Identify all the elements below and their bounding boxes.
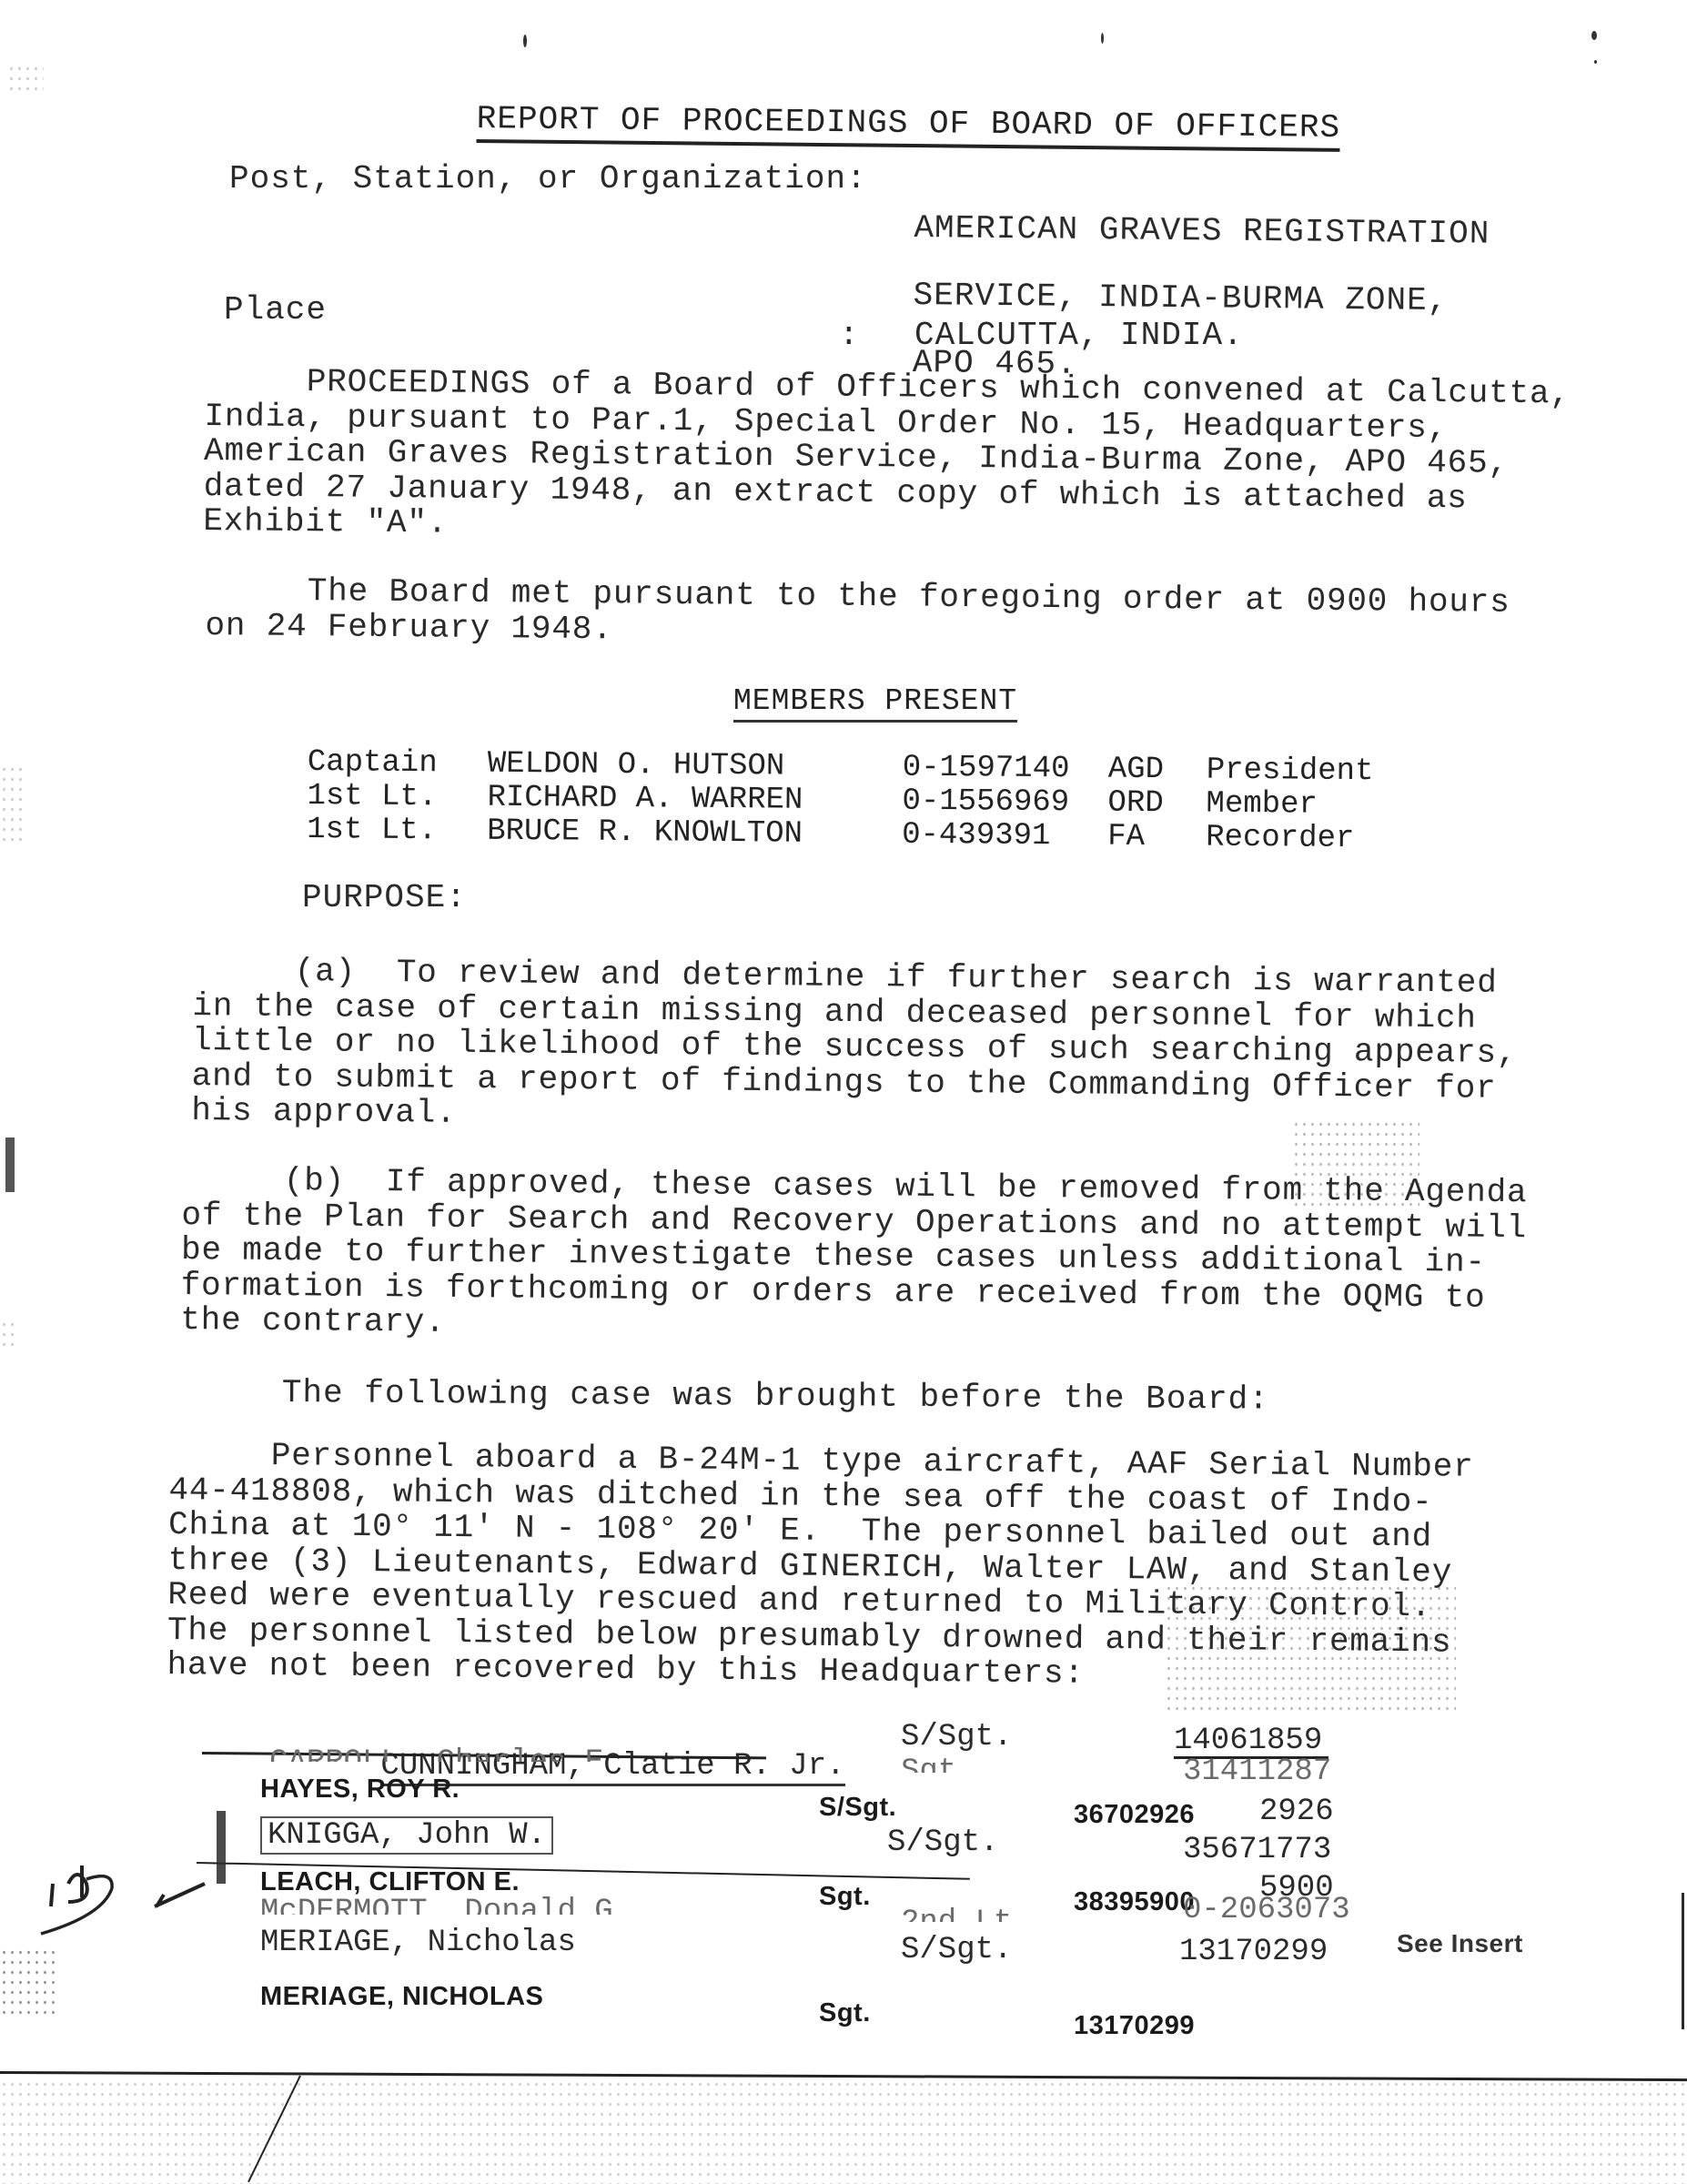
roster-name: CARROLL, Charles E. xyxy=(269,1745,622,1762)
scan-noise xyxy=(7,64,44,91)
roster-grade: Sgt. xyxy=(819,1998,871,2028)
roster-grade: S/Sgt. xyxy=(901,1720,1012,1754)
roster-serial: 0-2063073 xyxy=(1183,1893,1350,1927)
purpose-item-a: (a) To review and determine if further s… xyxy=(191,954,1518,1141)
member-branch: FA xyxy=(1107,821,1206,855)
scan-edge-mark xyxy=(5,1137,15,1192)
scan-noise xyxy=(0,1947,55,2020)
member-serial: 0-439391 xyxy=(902,819,1107,854)
member-rank: Captain xyxy=(308,746,488,782)
member-serial: 0-1556969 xyxy=(902,785,1107,821)
member-rank: 1st Lt. xyxy=(307,780,487,815)
member-rank: 1st Lt. xyxy=(307,814,487,849)
case-intro: The following case was brought before th… xyxy=(282,1376,1269,1418)
roster-name: MERIAGE, Nicholas xyxy=(260,1926,576,1960)
document-title: REPORT OF PROCEEDINGS OF BOARD OF OFFICE… xyxy=(477,100,1341,152)
scan-noise xyxy=(0,764,27,846)
scan-noise xyxy=(0,2079,1687,2184)
organization-line: SERVICE, INDIA-BURMA ZONE, xyxy=(913,278,1489,319)
roster-grade: S/Sgt. xyxy=(819,1793,896,1823)
scan-noise xyxy=(1165,1583,1456,1711)
roster-name: MERIAGE, NICHOLAS xyxy=(260,1982,543,2012)
page-edge xyxy=(1682,1893,1684,2029)
scan-speck xyxy=(1594,60,1597,64)
see-insert-note: See Insert xyxy=(1397,1929,1523,1958)
margin-bracket-mark xyxy=(217,1811,226,1884)
purpose-heading: PURPOSE: xyxy=(302,881,467,915)
member-name: RICHARD A. WARREN xyxy=(487,782,902,819)
scan-speck xyxy=(523,35,527,47)
roster-grade: S/Sgt. xyxy=(887,1825,998,1860)
roster-serial: 31411287 xyxy=(1183,1754,1331,1789)
member-serial: 0-1597140 xyxy=(903,752,1108,787)
post-station-label: Post, Station, or Organization: xyxy=(229,162,867,197)
members-present-heading: MEMBERS PRESENT xyxy=(733,684,1017,723)
roster-serial: 14061859 xyxy=(1174,1724,1322,1758)
roster-serial: 13170299 xyxy=(1074,2011,1195,2041)
member-name: BRUCE R. KNOWLTON xyxy=(487,815,902,853)
proceedings-paragraph: PROCEEDINGS of a Board of Officers which… xyxy=(203,364,1571,552)
place-value: CALCUTTA, INDIA. xyxy=(914,318,1244,353)
member-role: Recorder xyxy=(1206,822,1406,857)
roster-serial-overlay: 2926 xyxy=(1259,1795,1334,1829)
roster-grade: Sgt. xyxy=(819,1882,871,1912)
member-branch: AGD xyxy=(1108,753,1207,788)
roster-grade: 2nd Lt. xyxy=(901,1906,1031,1922)
scan-noise xyxy=(1292,1119,1419,1210)
roster-grade: Sgt. xyxy=(901,1754,975,1773)
member-branch: ORD xyxy=(1107,787,1206,822)
place-separator: : xyxy=(839,318,860,353)
roster-serial: 38395900 xyxy=(1074,1887,1195,1917)
roster-serial: 13170299 xyxy=(1179,1935,1328,1969)
member-name: WELDON O. HUTSON xyxy=(488,748,903,785)
roster-serial: 36702926 xyxy=(1074,1800,1195,1830)
member-role: Member xyxy=(1206,788,1406,824)
member-role: President xyxy=(1207,754,1407,790)
document-page: REPORT OF PROCEEDINGS OF BOARD OF OFFICE… xyxy=(0,0,1687,2184)
roster-name: KNIGGA, John W. xyxy=(260,1816,553,1855)
scan-noise xyxy=(0,1319,18,1347)
roster-name: McDERMOTT, Donald G. xyxy=(260,1895,631,1915)
place-label: Place xyxy=(224,293,327,328)
roster-grade: S/Sgt. xyxy=(901,1933,1012,1967)
members-table: Captain WELDON O. HUTSON 0-1597140 AGD P… xyxy=(307,746,1407,857)
organization-line: AMERICAN GRAVES REGISTRATION xyxy=(914,211,1490,252)
roster-serial: 35671773 xyxy=(1183,1833,1331,1867)
roster-name: HAYES, ROY R. xyxy=(260,1774,460,1805)
board-met-paragraph: The Board met pursuant to the foregoing … xyxy=(205,573,1510,656)
scan-speck xyxy=(1591,31,1597,40)
roster-name: LEACH, CLIFTON E. xyxy=(260,1867,520,1897)
margin-initials-handwriting xyxy=(18,1856,218,1956)
scan-speck xyxy=(1101,33,1104,44)
member-row: 1st Lt. BRUCE R. KNOWLTON 0-439391 FA Re… xyxy=(307,814,1406,857)
